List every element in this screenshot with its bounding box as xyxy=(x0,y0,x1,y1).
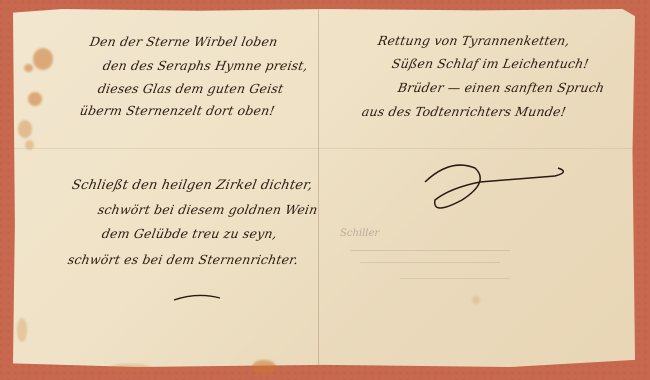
stain xyxy=(110,364,150,370)
poem-line: Rettung von Tyrannenketten, xyxy=(377,33,571,48)
poem-line: Den der Sterne Wirbel loben xyxy=(89,34,279,49)
stain xyxy=(33,48,53,70)
poem-line: Süßen Schlaf im Leichentuch! xyxy=(391,56,590,71)
stain xyxy=(25,140,34,150)
vertical-fold xyxy=(318,9,319,367)
horizontal-fold xyxy=(13,148,635,149)
stain xyxy=(24,64,33,72)
stain xyxy=(252,360,276,374)
poem-line: schwört es bei dem Sternenrichter. xyxy=(67,252,300,267)
pencil-scribble xyxy=(360,262,500,264)
poem-line: Schließt den heilgen Zirkel dichter, xyxy=(71,178,314,193)
poem-line: aus des Todtenrichters Munde! xyxy=(361,104,568,119)
poem-line: überm Sternenzelt dort oben! xyxy=(79,103,276,118)
poem-line: dieses Glas dem guten Geist xyxy=(97,81,285,96)
stain xyxy=(18,120,32,138)
stain xyxy=(472,296,480,304)
poem-line: den des Seraphs Hymne preist, xyxy=(102,58,310,73)
pencil-attribution: Schiller xyxy=(340,228,379,239)
pencil-scribble xyxy=(350,250,510,252)
end-dash xyxy=(172,292,232,304)
stain xyxy=(28,92,42,106)
poem-line: dem Gelübde treu zu seyn, xyxy=(101,226,279,241)
pencil-scribble xyxy=(400,278,510,280)
poem-line: schwört bei diesem goldnen Wein xyxy=(97,202,319,217)
stain xyxy=(17,318,27,342)
poem-line: Brüder — einen sanften Spruch xyxy=(397,80,606,95)
signature-flourish xyxy=(410,160,590,220)
